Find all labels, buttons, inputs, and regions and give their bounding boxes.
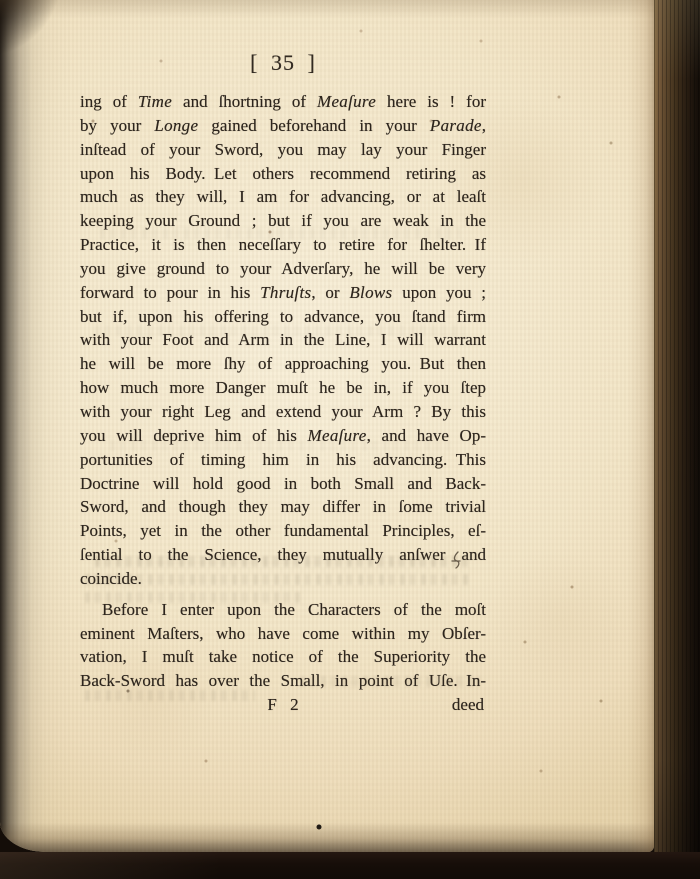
text-line: vation, I muſt take notice of the Superi… (80, 645, 486, 669)
text-line: by your Longe gained beforehand in your … (80, 114, 486, 138)
text-segment: by your (80, 116, 154, 135)
text-segment: and ſhortning of (172, 92, 317, 111)
text-line: how much more Danger muſt he be in, if y… (80, 376, 486, 400)
text-line: keeping your Ground ; but if you are wea… (80, 209, 486, 233)
text-line: eminent Maſters, who have come within my… (80, 622, 486, 646)
text-segment: vation, I muſt take notice of the Superi… (80, 647, 486, 666)
text-segment: Before I enter upon the Characters of th… (102, 600, 486, 619)
text-line: coincide. (80, 567, 486, 591)
text-line: upon his Body. Let others recommend reti… (80, 162, 486, 186)
text-line: Points, yet in the other fundamental Pri… (80, 519, 486, 543)
gutter-shadow (0, 0, 70, 852)
text-segment: Back-Sword has over the Small, in point … (80, 671, 486, 690)
text-segment: upon you ; (392, 283, 486, 302)
text-line: Sword, and though they may differ in ſom… (80, 495, 486, 519)
italic-text: Thruſts (260, 283, 311, 302)
gathering-signature: F 2 (267, 693, 302, 717)
text-line: he will be more ſhy of approaching you. … (80, 352, 486, 376)
text-line: ſential to the Science, they mutually an… (80, 543, 486, 567)
text-segment: here is ! for (376, 92, 486, 111)
paper-specks (0, 0, 2, 2)
text-segment: coincide. (80, 569, 142, 588)
text-segment: , and have Op- (367, 426, 486, 445)
text-segment: inſtead of your Sword, you may lay your … (80, 140, 486, 159)
text-line: forward to pour in his Thruſts, or Blows… (80, 281, 486, 305)
text-segment: keeping your Ground ; but if you are wea… (80, 211, 486, 230)
text-line: Doctrine will hold good in both Small an… (80, 472, 486, 496)
italic-text: Time (138, 92, 172, 111)
text-segment: ing of (80, 92, 138, 111)
text-line: portunities of timing him in his advanci… (80, 448, 486, 472)
text-line: with your right Leg and extend your Arm … (80, 400, 486, 424)
italic-text: Parade (430, 116, 482, 135)
italic-text: Blows (349, 283, 392, 302)
text-segment: but if, upon his offering to advance, yo… (80, 307, 486, 326)
text-line: but if, upon his offering to advance, yo… (80, 305, 486, 329)
book-cover-bottom (0, 852, 700, 879)
text-line: you give ground to your Adverſary, he wi… (80, 257, 486, 281)
top-shadow (0, 0, 654, 18)
text-segment: forward to pour in his (80, 283, 260, 302)
text-segment: with your right Leg and extend your Arm … (80, 402, 486, 421)
page-number-header: [ 35 ] (80, 50, 486, 76)
text-line: Before I enter upon the Characters of th… (80, 598, 486, 622)
text-segment: how much more Danger muſt he be in, if y… (80, 378, 486, 397)
text-line: Practice, it is then neceſſary to retire… (80, 233, 486, 257)
text-segment: Doctrine will hold good in both Small an… (80, 474, 486, 493)
text-line: inſtead of your Sword, you may lay your … (80, 138, 486, 162)
paragraph: Before I enter upon the Characters of th… (80, 598, 486, 693)
text-line: ing of Time and ſhortning of Meaſure her… (80, 90, 486, 114)
page-stack-edge (654, 0, 700, 856)
signature-line: F 2deed (80, 693, 486, 717)
page-text-column: ing of Time and ſhortning of Meaſure her… (80, 90, 486, 717)
text-line: you will deprive him of his Meaſure, and… (80, 424, 486, 448)
right-shadow (628, 0, 654, 852)
text-segment: Sword, and though they may differ in ſom… (80, 497, 486, 516)
text-segment: much as they will, I am for advancing, o… (80, 187, 486, 206)
book-page-photo: [ 35 ] ing of Time and ſhortning of Meaſ… (0, 0, 700, 879)
text-segment: , (482, 116, 486, 135)
text-line: Back-Sword has over the Small, in point … (80, 669, 486, 693)
italic-text: Longe (154, 116, 198, 135)
text-segment: , or (311, 283, 349, 302)
text-segment: eminent Maſters, who have come within my… (80, 624, 486, 643)
paragraph: ing of Time and ſhortning of Meaſure her… (80, 90, 486, 591)
text-segment: ſential to the Science, they mutually an… (80, 545, 486, 564)
text-segment: upon his Body. Let others recommend reti… (80, 164, 486, 183)
text-line: with your Foot and Arm in the Line, I wi… (80, 328, 486, 352)
text-segment: Practice, it is then neceſſary to retire… (80, 235, 486, 254)
text-segment: you will deprive him of his (80, 426, 308, 445)
italic-text: Meaſure (308, 426, 367, 445)
bottom-shadow (0, 822, 654, 852)
text-segment: portunities of timing him in his advanci… (80, 450, 486, 469)
text-segment: with your Foot and Arm in the Line, I wi… (80, 330, 486, 349)
text-segment: he will be more ſhy of approaching you. … (80, 354, 486, 373)
book-page: [ 35 ] ing of Time and ſhortning of Meaſ… (0, 0, 654, 852)
catchword: deed (452, 693, 484, 717)
ink-blot-mark (449, 550, 463, 575)
text-segment: Points, yet in the other fundamental Pri… (80, 521, 486, 540)
italic-text: Meaſure (317, 92, 376, 111)
text-segment: you give ground to your Adverſary, he wi… (80, 259, 486, 278)
text-line: much as they will, I am for advancing, o… (80, 185, 486, 209)
text-segment: gained beforehand in your (198, 116, 430, 135)
